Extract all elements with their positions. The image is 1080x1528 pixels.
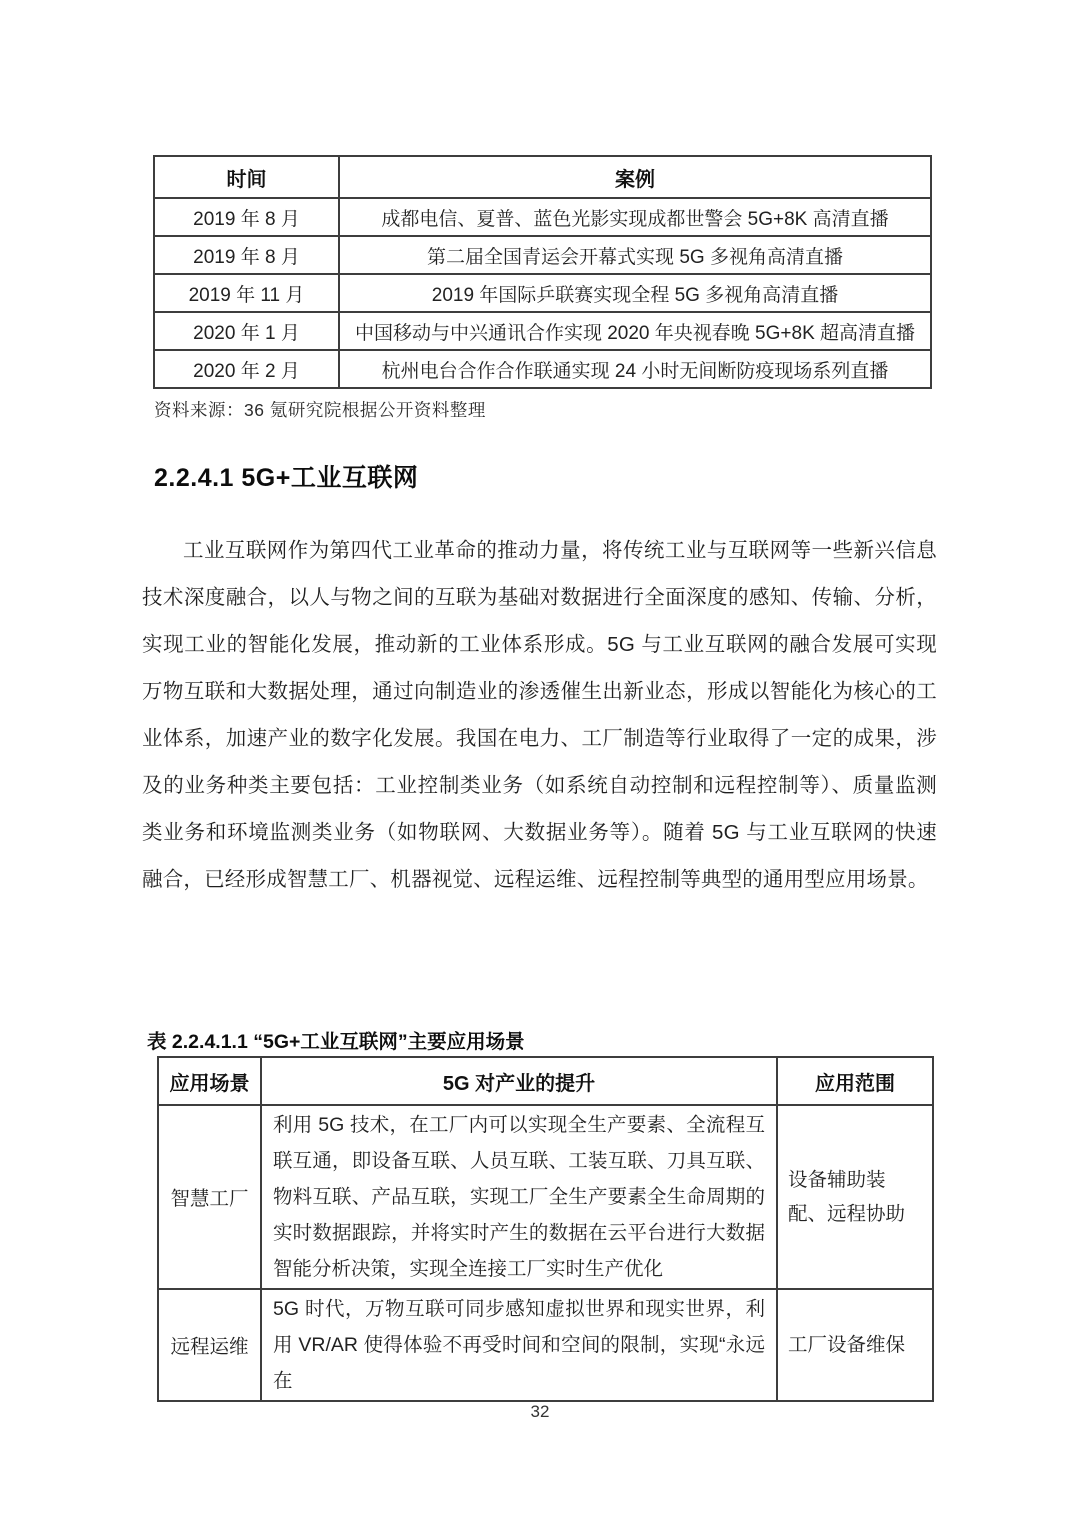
table-row: 远程运维 5G 时代，万物互联可同步感知虚拟世界和现实世界，利用 VR/AR 使… — [158, 1289, 933, 1401]
case-time: 2019 年 11 月 — [154, 274, 339, 312]
data-source-note: 资料来源：36 氪研究院根据公开资料整理 — [154, 397, 486, 422]
cases-header-case: 案例 — [339, 156, 931, 198]
case-time: 2020 年 1 月 — [154, 312, 339, 350]
table-row: 2020 年 1 月 中国移动与中兴通讯合作实现 2020 年央视春晚 5G+8… — [154, 312, 931, 350]
scenario-name: 智慧工厂 — [158, 1105, 261, 1289]
case-time: 2019 年 8 月 — [154, 198, 339, 236]
body-paragraph: 工业互联网作为第四代工业革命的推动力量，将传统工业与互联网等一些新兴信息技术深度… — [142, 527, 937, 903]
cases-header-time: 时间 — [154, 156, 339, 198]
case-text: 成都电信、夏普、蓝色光影实现成都世警会 5G+8K 高清直播 — [339, 198, 931, 236]
table-row: 2019 年 8 月 成都电信、夏普、蓝色光影实现成都世警会 5G+8K 高清直… — [154, 198, 931, 236]
case-time: 2019 年 8 月 — [154, 236, 339, 274]
scenarios-header-improvement: 5G 对产业的提升 — [261, 1057, 777, 1105]
scenarios-table-caption: 表 2.2.4.1.1 “5G+工业互联网”主要应用场景 — [147, 1026, 525, 1054]
table-header-row: 应用场景 5G 对产业的提升 应用范围 — [158, 1057, 933, 1105]
document-page: 时间 案例 2019 年 8 月 成都电信、夏普、蓝色光影实现成都世警会 5G+… — [0, 0, 1080, 1528]
scenarios-header-range: 应用范围 — [777, 1057, 933, 1105]
scenario-improvement: 5G 时代，万物互联可同步感知虚拟世界和现实世界，利用 VR/AR 使得体验不再… — [261, 1289, 777, 1401]
case-text: 中国移动与中兴通讯合作实现 2020 年央视春晚 5G+8K 超高清直播 — [339, 312, 931, 350]
scenario-range: 工厂设备维保 — [777, 1289, 933, 1401]
case-time: 2020 年 2 月 — [154, 350, 339, 388]
table-row: 智慧工厂 利用 5G 技术，在工厂内可以实现全生产要素、全流程互联互通，即设备互… — [158, 1105, 933, 1289]
case-text: 第二届全国青运会开幕式实现 5G 多视角高清直播 — [339, 236, 931, 274]
table-row: 2019 年 11 月 2019 年国际乒联赛实现全程 5G 多视角高清直播 — [154, 274, 931, 312]
section-heading: 2.2.4.1 5G+工业互联网 — [154, 458, 418, 494]
table-row: 2019 年 8 月 第二届全国青运会开幕式实现 5G 多视角高清直播 — [154, 236, 931, 274]
scenarios-header-scene: 应用场景 — [158, 1057, 261, 1105]
scenario-name: 远程运维 — [158, 1289, 261, 1401]
table-header-row: 时间 案例 — [154, 156, 931, 198]
table-row: 2020 年 2 月 杭州电台合作合作联通实现 24 小时无间断防疫现场系列直播 — [154, 350, 931, 388]
page-number: 32 — [0, 1402, 1080, 1422]
case-text: 杭州电台合作合作联通实现 24 小时无间断防疫现场系列直播 — [339, 350, 931, 388]
scenario-range: 设备辅助装配、远程协助 — [777, 1105, 933, 1289]
case-text: 2019 年国际乒联赛实现全程 5G 多视角高清直播 — [339, 274, 931, 312]
scenario-improvement: 利用 5G 技术，在工厂内可以实现全生产要素、全流程互联互通，即设备互联、人员互… — [261, 1105, 777, 1289]
application-scenarios-table: 应用场景 5G 对产业的提升 应用范围 智慧工厂 利用 5G 技术，在工厂内可以… — [157, 1056, 934, 1402]
broadcast-cases-table: 时间 案例 2019 年 8 月 成都电信、夏普、蓝色光影实现成都世警会 5G+… — [153, 155, 932, 389]
